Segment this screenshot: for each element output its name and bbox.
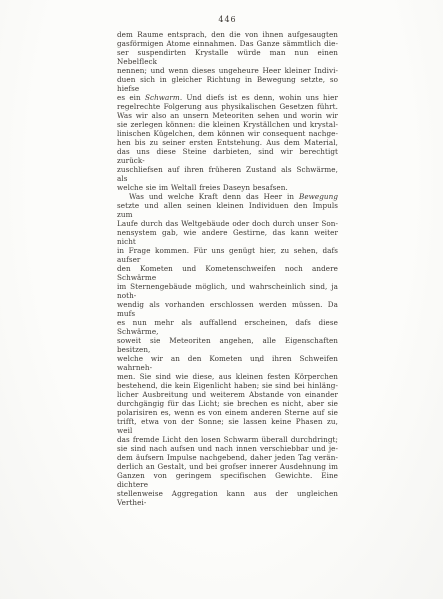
text-line: welche wir an den Kometen und ihren Schw… [117,354,338,372]
text-line: regelrechte Folgerung aus physikalischen… [117,102,338,111]
text-line: gasförmigen Atome einnahmen. Das Ganze s… [117,39,338,48]
text-line: hen bis zu seiner ersten Entstehung. Aus… [117,138,338,147]
text-line: duen sich in gleicher Richtung in Bewegu… [117,75,338,93]
text-line: es nun mehr als auffallend erscheinen, d… [117,318,338,336]
text-line: Laufe durch das Weltgebäude oder doch du… [117,219,338,228]
text-line: nennen; und wenn dieses ungeheure Heer k… [117,66,338,75]
page-number: 446 [117,15,338,24]
paragraph: dem Raume entsprach, den die von ihnen a… [117,30,338,192]
text-line: wendig als vorhanden erschlossen werden … [117,300,338,318]
text-line: trifft, etwa von der Sonne; sie lassen k… [117,417,338,435]
text-line: sie zerlegen können: die kleinen Krystäl… [117,120,338,129]
text-line: das fremde Licht den losen Schwarm übera… [117,435,338,444]
text-line: stellenweise Aggregation kann aus der un… [117,489,338,507]
text-line: bestehend, die kein Eigenlicht haben; si… [117,381,338,390]
text-line: es ein Schwarm. Und diefs ist es denn, w… [117,93,338,102]
text-line: sie sind nach aufsen und nach innen vers… [117,444,338,453]
text-line: soweit sie Meteoriten angehen, alle Eige… [117,336,338,354]
text-line: in Frage kommen. Für uns genügt hier, zu… [117,246,338,264]
text-line: setzte und allen seinen kleinen Individu… [117,201,338,219]
book-page: 446 dem Raume entsprach, den die von ihn… [0,0,443,599]
text-line: welche sie im Weltall freies Daseyn besa… [117,183,338,192]
text-line: men. Sie sind wie diese, aus kleinen fes… [117,372,338,381]
text-line: licher Ausbreitung und weiterem Abstande… [117,390,338,399]
scan-artifact [258,360,260,362]
text-line: dem äufsern Impulse nachgebend, daher je… [117,453,338,462]
text-line: nensystem gab, wie andere Gestirne, das … [117,228,338,246]
text-line: durchgängig für das Licht; sie brechen e… [117,399,338,408]
paragraph: Was und welche Kraft denn das Heer in Be… [117,192,338,507]
text-line: zuschliefsen auf ihren früheren Zustand … [117,165,338,183]
text-line: linischen Kügelchen, dem können wir cons… [117,129,338,138]
text-line: ser suspendirten Krystalle würde man nun… [117,48,338,66]
text-line: den Kometen und Kometenschweifen noch an… [117,264,338,282]
text-line: Ganzen von geringem specifischen Gewicht… [117,471,338,489]
text-line: polarisiren es, wenn es von einem andere… [117,408,338,417]
text-line: Was wir also an unsern Meteoriten sehen … [117,111,338,120]
text-line: Was und welche Kraft denn das Heer in Be… [117,192,338,201]
text-line: im Sternengebäude möglich, und wahrschei… [117,282,338,300]
text-block: dem Raume entsprach, den die von ihnen a… [117,30,338,507]
text-line: derlich an Gestalt, und bei grofser inne… [117,462,338,471]
text-line: dem Raume entsprach, den die von ihnen a… [117,30,338,39]
text-line: das uns diese Steine darbieten, sind wir… [117,147,338,165]
